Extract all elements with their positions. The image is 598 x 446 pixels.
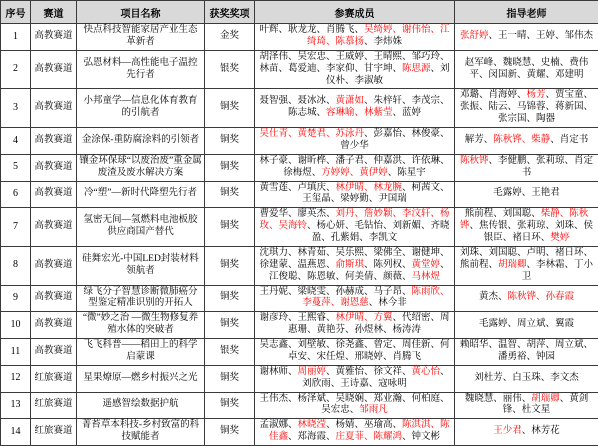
cell-row-number: 11	[1, 339, 31, 366]
name-text: 、杨婧、巫瑜高、	[326, 420, 402, 430]
cell-members: 王丹妮、梁晓雯、孙赫成、马子昂、陈雨欣、李蔓萍、谢恩慈、林今非	[255, 285, 455, 312]
name-text: 毛露婷、王艳君	[493, 188, 560, 198]
cell-row-number: 1	[1, 24, 31, 51]
cell-track: 高教赛道	[31, 285, 77, 312]
cell-track: 高教赛道	[31, 50, 77, 89]
name-text: 、陈列权、	[364, 260, 412, 270]
cell-members: 谢林师、周丽婷、黄雅怡、徐文祥、黄心怡、刘欣雨、王诗嘉、寇咏明	[255, 365, 455, 392]
cell-project-name: 冷“塑”—新时代降塑先行者	[77, 181, 205, 208]
cell-teachers: 赵军峰、魏晓慧、史楠、费伟平、闵国新、黄耀、邓建明	[455, 50, 598, 89]
cell-project-name: 遥感智绘数据护航	[77, 392, 205, 419]
cell-project-name: 飞飞科普——稻田上的科学启蒙课	[77, 339, 205, 366]
cell-members: 孟淑娜、林晓滢、杨婧、巫瑜高、陈淇淇、陈佳鑫、郑海霞、庄夏菲、陈耀鸿、钟文彬	[255, 419, 455, 446]
cell-award: 铜奖	[205, 208, 255, 247]
name-highlighted: 樊婷	[550, 233, 569, 243]
cell-award: 银奖	[205, 50, 255, 89]
table-row: 2 高教赛道 弘恩材料—高性能电子温控先行者 银奖 胡泽伟、吴宏忠、王威婷、王晴…	[1, 50, 598, 89]
name-highlighted: 胡瑞卿	[498, 260, 527, 270]
name-highlighted: 邹雨凡	[359, 405, 388, 415]
cell-track: 红旅赛道	[31, 365, 77, 392]
cell-award: 铜奖	[205, 89, 255, 128]
column-header-no: 序号	[1, 1, 31, 24]
name-highlighted: 黄堂婷	[412, 260, 441, 270]
cell-project-name: 弘恩材料—高性能电子温控先行者	[77, 50, 205, 89]
cell-track: 高教赛道	[31, 246, 77, 285]
cell-award: 铜奖	[205, 312, 255, 339]
cell-teachers: 毛露婷、周立斌、翼霞	[455, 312, 598, 339]
name-highlighted: 黄潇如	[335, 96, 364, 106]
name-text: 、李炜姝	[364, 37, 402, 47]
cell-teachers: 刘杜芳、白玉珠、李文杰	[455, 365, 598, 392]
name-highlighted: 俞斯琪	[335, 260, 364, 270]
name-highlighted: 陈思源	[402, 64, 431, 74]
cell-project-name: 快点科技智能家居产业生态革新者	[77, 24, 205, 51]
name-text: 、李林霜、丁小卫	[522, 260, 593, 282]
cell-award: 铜奖	[205, 419, 255, 446]
cell-members: 沈琪力、林青茹、吴乐熙、梁佛全、谢健坤、徐建蒙、温燕恩、俞斯琪、陈列权、黄堂婷、…	[255, 246, 455, 285]
name-text: 赖昭华、温智、胡萍、周立斌、潘勇裕、钟园	[460, 340, 593, 362]
name-text: 魏晓慧、丽伟、	[465, 394, 532, 404]
cell-teachers: 解芳、陈秋铧、柴静、肖定书	[455, 128, 598, 155]
name-text: 、陈星宇	[388, 168, 426, 178]
name-text: 毛露婷、周立斌、翼霞	[479, 319, 574, 329]
name-text: 赵军峰、魏晓慧、史楠、费伟平、闵国新、黄耀、邓建明	[465, 58, 589, 80]
cell-members: 王伟杰、杨泽斌、吴晓娴、郑业瀚、何柏庭、吴宏忠、邹雨凡	[255, 392, 455, 419]
cell-track: 高教赛道	[31, 181, 77, 208]
cell-teachers: 赖昭华、温智、胡萍、周立斌、潘勇裕、钟园	[455, 339, 598, 366]
name-text: 邓璐、肖海婷、	[460, 90, 527, 100]
cell-project-name: 镶金环保球“以废治废”重金属废渣及废水解决方案	[77, 154, 205, 181]
cell-members: 曹爱华、廖英杰、刘丹、詹妙颖、李汶轩、杨玫、吴海铃、杨心妍、毛钻怡、刘新媚、齐晓…	[255, 208, 455, 247]
cell-track: 高教赛道	[31, 312, 77, 339]
cell-teachers: 魏晓慧、丽伟、胡瑞卿、黄剑锋、杜文星	[455, 392, 598, 419]
name-text: 王伟杰、杨泽斌、吴晓娴、郑业瀚、何柏庭、吴宏忠、	[259, 394, 449, 416]
cell-track: 红旅赛道	[31, 419, 77, 446]
table-row: 13 红旅赛道 遥感智绘数据护航 铜奖 王伟杰、杨泽斌、吴晓娴、郑业瀚、何柏庭、…	[1, 392, 598, 419]
cell-teachers: 陈秋铧、李健鹏、张莉琼、肖定书	[455, 154, 598, 181]
column-header-teachers: 指导老师	[455, 1, 598, 24]
cell-track: 高教赛道	[31, 128, 77, 155]
name-highlighted: 方婷婷、黄伊婷	[321, 168, 388, 178]
cell-row-number: 10	[1, 312, 31, 339]
cell-members: 吴仕青、黄楚君、苏泳丹、彭嘉怡、林俊豪、曾少华	[255, 128, 455, 155]
name-text: 孟淑娜、	[259, 420, 297, 430]
cell-teachers: 刘珠、刘国聪、卢明、褚日环、熊前程、胡瑞卿、李林霜、丁小卫	[455, 246, 598, 285]
cell-members: 胡泽伟、吴宏忠、王威婷、王晴熙、邹巧玲、林苗、葛爱迪、李家仰、甘宇坤、陈思源、刘…	[255, 50, 455, 89]
cell-award: 铜奖	[205, 181, 255, 208]
name-highlighted: 周丽婷	[297, 367, 326, 377]
name-highlighted: 陈秋铧、柴静	[493, 135, 550, 145]
cell-members: 谢彦玲、王熙睿、林伊晴、方翼、代绍密、周惠珊、黄艳芬、孙煜林、杨涛涛	[255, 312, 455, 339]
name-text: 、蓝婷	[393, 108, 422, 118]
table-row: 9 高教赛道 绿飞分子智慧诊断微肺癌分型鉴定精准识别的开拓人 铜奖 王丹妮、梁晓…	[1, 285, 598, 312]
table-row: 14 红旅赛道 菁苔草本科技-乡村致富的科技赋能者 铜奖 孟淑娜、林晓滢、杨婧、…	[1, 419, 598, 446]
cell-row-number: 6	[1, 181, 31, 208]
name-text: 熊前程、刘国聪、	[465, 209, 541, 219]
cell-project-name: “微”妙之治 —微生物修复养殖水体的突破者	[77, 312, 205, 339]
column-header-members: 参赛成员	[255, 1, 455, 24]
cell-teachers: 毛露婷、王艳君	[455, 181, 598, 208]
name-highlighted: 胡瑞卿	[531, 394, 560, 404]
name-text: 、肖定书	[550, 135, 588, 145]
column-header-award: 获奖奖项	[205, 1, 255, 24]
name-text: 刘杜芳、白玉珠、李文杰	[474, 373, 579, 383]
name-text: 、钟文彬	[402, 432, 440, 442]
cell-row-number: 4	[1, 128, 31, 155]
cell-teachers: 黄杰、陈秋铧、孙春霞	[455, 285, 598, 312]
name-highlighted: 庄夏菲、陈耀鸿	[336, 432, 403, 442]
name-text: 王丹妮、梁晓雯、孙赫成、马子昂、	[259, 287, 411, 297]
name-text: 黄雪莲、卢填庆、	[259, 183, 335, 193]
cell-members: 叶辉、耿龙龙、肖腾飞、吴绮婷、谢伟怡、江绮琦、陈慕扬、李炜姝	[255, 24, 455, 51]
name-text: 黄杰、	[479, 292, 508, 302]
cell-row-number: 7	[1, 208, 31, 247]
cell-track: 红旅赛道	[31, 392, 77, 419]
column-header-track: 赛道	[31, 1, 77, 24]
cell-members: 吴志鑫、刘壁敏、徐尧鑫、曾定、周佳新、何卓安、宋任煌、邢晓婷、肖腾飞	[255, 339, 455, 366]
cell-row-number: 8	[1, 246, 31, 285]
name-text: 、焦传银、张莉琼、刘珠、侯银臣、褚日环、	[470, 221, 594, 243]
cell-award: 铜奖	[205, 246, 255, 285]
cell-members: 林子豪、谢昕桦、潘子君、仲嘉洪、许依琳、徐梅煜、方婷婷、黄伊婷、陈星宇	[255, 154, 455, 181]
table-row: 5 高教赛道 镶金环保球“以废治废”重金属废渣及废水解决方案 铜奖 林子豪、谢昕…	[1, 154, 598, 181]
table-row: 12 红旅赛道 星果燎原—燃乡村振兴之光 铜奖 谢林师、周丽婷、黄雅怡、徐文祥、…	[1, 365, 598, 392]
cell-project-name: 星果燎原—燃乡村振兴之光	[77, 365, 205, 392]
cell-row-number: 13	[1, 392, 31, 419]
cell-award: 铜奖	[205, 128, 255, 155]
cell-track: 高教赛道	[31, 208, 77, 247]
column-header-project: 项目名称	[77, 1, 205, 24]
table-row: 4 高教赛道 金涂保-重防腐涂料的引领者 铜奖 吴仕青、黄楚君、苏泳丹、彭嘉怡、…	[1, 128, 598, 155]
name-text: 谢彦玲、王熙睿、	[259, 313, 335, 323]
cell-award: 银奖	[205, 339, 255, 366]
cell-award: 铜奖	[205, 392, 255, 419]
name-highlighted: 张舒婷	[460, 31, 489, 41]
cell-track: 高教赛道	[31, 339, 77, 366]
table-row: 8 高教赛道 硅舞宏光-中国LED封装材料领航者 铜奖 沈琪力、林青茹、吴乐熙、…	[1, 246, 598, 285]
header-row: 序号 赛道 项目名称 获奖奖项 参赛成员 指导老师	[1, 1, 598, 24]
name-text: 解芳、	[465, 135, 494, 145]
table-row: 10 高教赛道 “微”妙之治 —微生物修复养殖水体的突破者 铜奖 谢彦玲、王熙睿…	[1, 312, 598, 339]
table-row: 1 高教赛道 快点科技智能家居产业生态革新者 金奖 叶辉、耿龙龙、肖腾飞、吴绮婷…	[1, 24, 598, 51]
table-row: 6 高教赛道 冷“塑”—新时代降塑先行者 铜奖 黄雪莲、卢填庆、林伊晴、林龙腕、…	[1, 181, 598, 208]
cell-teachers: 邓璐、肖海婷、杨芳、贾宝童、张振、陆云、马锦蓉、蒋新国、张宗国、陶器	[455, 89, 598, 128]
cell-project-name: 绿飞分子智慧诊断微肺癌分型鉴定精准识别的开拓人	[77, 285, 205, 312]
cell-row-number: 2	[1, 50, 31, 89]
cell-row-number: 3	[1, 89, 31, 128]
name-text: 、林芳花	[522, 426, 560, 436]
table-row: 11 高教赛道 飞飞科普——稻田上的科学启蒙课 银奖 吴志鑫、刘壁敏、徐尧鑫、曾…	[1, 339, 598, 366]
name-highlighted: 黄心怡	[412, 367, 441, 377]
cell-award: 金奖	[205, 24, 255, 51]
table-header: 序号 赛道 项目名称 获奖奖项 参赛成员 指导老师	[1, 1, 598, 24]
cell-award: 铜奖	[205, 285, 255, 312]
name-text: 谢林师、	[259, 367, 297, 377]
cell-project-name: 小邦童学—信息化体育教育的引航者	[77, 89, 205, 128]
cell-row-number: 14	[1, 419, 31, 446]
name-highlighted: 杨芳	[526, 90, 545, 100]
name-text: 曹爱华、廖英杰、	[259, 209, 335, 219]
cell-track: 高教赛道	[31, 24, 77, 51]
name-highlighted: 陈秋铧	[460, 156, 489, 166]
name-text: 叶辉、耿龙龙、肖腾飞、	[259, 25, 364, 35]
cell-project-name: 菁苔草本科技-乡村致富的科技赋能者	[77, 419, 205, 446]
cell-members: 聂智强、聂冰冰、黄潇如、朱梓轩、李茂宗、陈志城、容琳喻、林紫莹、蓝婷	[255, 89, 455, 128]
table-row: 3 高教赛道 小邦童学—信息化体育教育的引航者 铜奖 聂智强、聂冰冰、黄潇如、朱…	[1, 89, 598, 128]
name-text: 、黄雅怡、徐文祥、	[326, 367, 412, 377]
name-text: 、林今非	[369, 298, 407, 308]
cell-track: 高教赛道	[31, 89, 77, 128]
name-highlighted: 陈秋铧、孙春霞	[508, 292, 575, 302]
award-results-table: 序号 赛道 项目名称 获奖奖项 参赛成员 指导老师 1 高教赛道 快点科技智能家…	[0, 0, 598, 446]
cell-teachers: 熊前程、刘国聪、柴静、陈秋铧、焦传银、张莉琼、刘珠、侯银臣、褚日环、樊婷	[455, 208, 598, 247]
cell-award: 铜奖	[205, 365, 255, 392]
name-highlighted: 马林煜	[412, 272, 441, 282]
name-text: 、郑海霞、	[288, 432, 336, 442]
cell-teachers: 王少君、林芳花	[455, 419, 598, 446]
name-text: 、李健鹏、张莉琼、肖定书	[489, 156, 594, 178]
cell-project-name: 氢密无间—氢燃料电池板胶供应商国产替代	[77, 208, 205, 247]
cell-members: 黄雪莲、卢填庆、林伊晴、林龙腕、柯茜文、王玺晶、梁婷勤、尹国瑞	[255, 181, 455, 208]
name-text: 、王一晴、王婷、邹伟杰	[489, 31, 594, 41]
cell-track: 高教赛道	[31, 154, 77, 181]
name-text: 、杨心妍、毛钻怡、刘新媚、齐晓盈、孔紫娟、李凯文	[307, 221, 450, 243]
name-highlighted: 林伊晴、方翼	[335, 313, 392, 323]
cell-row-number: 12	[1, 365, 31, 392]
name-highlighted: 容琳喻、林紫莹	[326, 108, 393, 118]
cell-row-number: 5	[1, 154, 31, 181]
name-text: 聂智强、聂冰冰、	[259, 96, 335, 106]
name-highlighted: 林伊晴、林龙腕	[335, 183, 402, 193]
name-text: 吴志鑫、刘壁敏、徐尧鑫、曾定、周佳新、何卓安、宋任煌、邢晓婷、肖腾飞	[259, 340, 449, 362]
name-highlighted: 吴仕青、黄楚君、苏泳丹	[259, 129, 364, 139]
cell-award: 铜奖	[205, 154, 255, 181]
cell-project-name: 金涂保-重防腐涂料的引领者	[77, 128, 205, 155]
cell-project-name: 硅舞宏光-中国LED封装材料领航者	[77, 246, 205, 285]
name-highlighted: 林晓滢	[297, 420, 326, 430]
table-body: 1 高教赛道 快点科技智能家居产业生态革新者 金奖 叶辉、耿龙龙、肖腾飞、吴绮婷…	[1, 24, 598, 446]
cell-row-number: 9	[1, 285, 31, 312]
table-row: 7 高教赛道 氢密无间—氢燃料电池板胶供应商国产替代 铜奖 曹爱华、廖英杰、刘丹…	[1, 208, 598, 247]
cell-teachers: 张舒婷、王一晴、王婷、邹伟杰	[455, 24, 598, 51]
name-highlighted: 王少君	[493, 426, 522, 436]
